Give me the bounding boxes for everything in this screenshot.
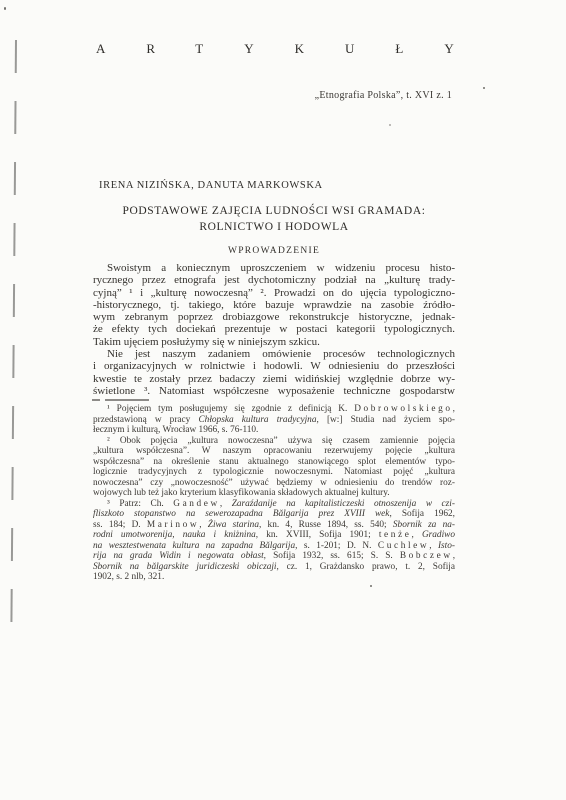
scan-speck	[389, 124, 391, 126]
footnote-text-segment: Sbornik na bălgarskite juridiczeski obic…	[93, 562, 277, 572]
footnote-text-segment: Gradiwo	[422, 530, 455, 540]
footnote-line: 1902, s. 2 nlb, 321.	[93, 572, 455, 583]
footnote-text-segment: , [w:] Studia nad życiem spo-	[316, 415, 455, 425]
footnote-text-segment: łecznym i kulturą, Wrocław 1966, s. 76-1…	[93, 425, 258, 435]
footnote-line: na wesztestwenata kultura na zapadna Băl…	[93, 541, 455, 552]
footnote-text-segment: tenże	[379, 530, 412, 540]
footnote-text-segment: , kn. XVIII, Sofija 1901;	[256, 530, 379, 540]
footnote-text-segment: logicznie tradycyjnych z typologicznie n…	[93, 467, 455, 477]
section-heading: WPROWADZENIE	[93, 246, 455, 256]
footnote-text-segment: Dobrowolskiego	[354, 404, 452, 414]
footnote-line: łecznym i kulturą, Wrocław 1966, s. 76-1…	[93, 425, 455, 436]
left-margin-fold-mark	[10, 40, 17, 632]
footnotes-block: ¹ Pojęciem tym posługujemy się zgodnie z…	[93, 404, 455, 583]
footnote-text-segment: Cuchlew	[378, 541, 429, 551]
article-title-line2: ROLNICTWO I HODOWLA	[93, 220, 455, 236]
body-text-line: Swoistym a koniecznym uproszczeniem w wi…	[93, 262, 455, 274]
footnote-text-segment: ² Obok pojęcia „kultura nowoczesna” używ…	[107, 436, 455, 446]
footnote-text-segment: Marinow	[147, 520, 199, 530]
footnote-text-segment: , cz. 1, Grażdansko prawo, t. 2, Sofija	[277, 562, 455, 572]
footnote-text-segment: ,	[453, 404, 455, 414]
footnote-text-segment: Chłopska kultura tradycyjna	[198, 415, 316, 425]
footnote-line: rija na grada Widin i negowata obłast, S…	[93, 551, 455, 562]
footnote-text-segment: ,	[429, 541, 438, 551]
body-text-line: wym zebranym poprzez drobiazgowe rekonst…	[93, 311, 455, 323]
footnote-text-segment: przedstawioną w pracy	[93, 415, 198, 425]
footnote-text-segment: „kultura współczesna”. W naszym opracowa…	[93, 446, 455, 456]
footnote-line: nowoczesna” czy „nowoczesność” używać bę…	[93, 478, 455, 489]
body-text-line: Nie jest naszym zadaniem omówienie proce…	[93, 348, 455, 360]
footnote-text-segment: fliszkoto stopanstwo na sewerozapadna Bă…	[93, 509, 389, 519]
body-text-line: kwestie te zostały przez badaczy ziemi w…	[93, 373, 455, 385]
running-head-artykuly: ARTYKUŁY	[96, 41, 495, 57]
footnote-text-segment: Sbornik za na-	[393, 520, 455, 530]
body-text-line: że efekty tych dociekań prezentuje w pos…	[93, 323, 455, 335]
footnote-text-segment: rija na grada Widin i negowata obłast	[93, 551, 264, 561]
footnote-text-segment: Isto-	[438, 541, 455, 551]
footnote-line: ² Obok pojęcia „kultura nowoczesna” używ…	[93, 436, 455, 447]
footnote-text-segment: ,	[453, 551, 455, 561]
footnote-text-segment: Zaraźdanije na kapitalisticzeski otnosze…	[232, 499, 455, 509]
footnote-line: wojowych lub też jako kryterium klasyfik…	[93, 488, 455, 499]
footnote-text-segment: , s. 1-201; D. N.	[295, 541, 378, 551]
body-text-line: Takim ujęciem posłużymy się w niniejszym…	[93, 336, 455, 348]
footnote-text-segment: ³ Patrz: Ch.	[107, 499, 173, 509]
footnote-line: fliszkoto stopanstwo na sewerozapadna Bă…	[93, 509, 455, 520]
footnote-text-segment: ,	[199, 520, 208, 530]
journal-reference: „Etnografia Polska”, t. XVI z. 1	[315, 90, 452, 101]
body-text: Swoistym a koniecznym uproszczeniem w wi…	[93, 262, 455, 397]
footnote-line: ¹ Pojęciem tym posługujemy się zgodnie z…	[93, 404, 455, 415]
footnote-text-segment: rodni umotworenija, nauka i kniżnina	[93, 530, 256, 540]
footnote-text-segment: , Sofija 1962,	[389, 509, 455, 519]
body-text-line: cyjną” ¹ i „kulturę nowoczesną” ². Prowa…	[93, 287, 455, 299]
footnote-line: rodni umotworenija, nauka i kniżnina, kn…	[93, 530, 455, 541]
body-text-line: i organizacyjnych w rolnictwie i hodowli…	[93, 360, 455, 372]
footnote-text-segment: nowoczesna” czy „nowoczesność” używać bę…	[93, 478, 455, 488]
scan-speck	[4, 7, 6, 10]
footnote-text-segment: , Sofija 1932, ss. 615; S. S.	[264, 551, 400, 561]
footnote-text-segment: Żiwa starina	[208, 520, 259, 530]
footnote-text-segment: 1902, s. 2 nlb, 321.	[93, 572, 164, 582]
footnote-text-segment: ss. 184; D.	[93, 520, 147, 530]
footnote-line: przedstawioną w pracy Chłopska kultura t…	[93, 415, 455, 426]
body-text-line: rycznego przez etnografa jest dychotomic…	[93, 274, 455, 286]
footnote-line: Sbornik na bălgarskite juridiczeski obic…	[93, 562, 455, 573]
footnote-line: współczesna” na określenie stanu aktualn…	[93, 457, 455, 468]
body-text-line: świetlone ³. Natomiast współczesne wypos…	[93, 385, 455, 397]
footnote-text-segment: ,	[220, 499, 232, 509]
footnote-text-segment: , kn. 4, Russe 1894, ss. 540;	[259, 520, 393, 530]
footnote-text-segment: ¹ Pojęciem tym posługujemy się zgodnie z…	[107, 404, 354, 414]
footnote-text-segment: Bobczew	[400, 551, 453, 561]
footnote-line: ³ Patrz: Ch. Gandew, Zaraźdanije na kapi…	[93, 499, 455, 510]
footnote-text-segment: wojowych lub też jako kryterium klasyfik…	[93, 488, 390, 498]
footnote-line: ss. 184; D. Marinow, Żiwa starina, kn. 4…	[93, 520, 455, 531]
article-title-line1: PODSTAWOWE ZAJĘCIA LUDNOŚCI WSI GRAMADA:	[93, 204, 455, 220]
footnote-line: logicznie tradycyjnych z typologicznie n…	[93, 467, 455, 478]
body-text-line: -historycznego, tj. takiego, które bazuj…	[93, 299, 455, 311]
authors-line: IRENA NIZIŃSKA, DANUTA MARKOWSKA	[99, 180, 323, 191]
footnote-text-segment: Gandew	[173, 499, 220, 509]
footnote-text-segment: współczesna” na określenie stanu aktualn…	[93, 457, 455, 467]
article-title: PODSTAWOWE ZAJĘCIA LUDNOŚCI WSI GRAMADA:…	[93, 204, 455, 235]
footnote-text-segment: na wesztestwenata kultura na zapadna Băl…	[93, 541, 295, 551]
footnote-line: „kultura współczesna”. W naszym opracowa…	[93, 446, 455, 457]
scan-speck	[483, 87, 485, 89]
scan-speck	[370, 585, 372, 587]
footnote-text-segment: ,	[411, 530, 421, 540]
footnote-separator-rule	[92, 399, 149, 401]
scanned-journal-page: ARTYKUŁY „Etnografia Polska”, t. XVI z. …	[0, 0, 566, 800]
